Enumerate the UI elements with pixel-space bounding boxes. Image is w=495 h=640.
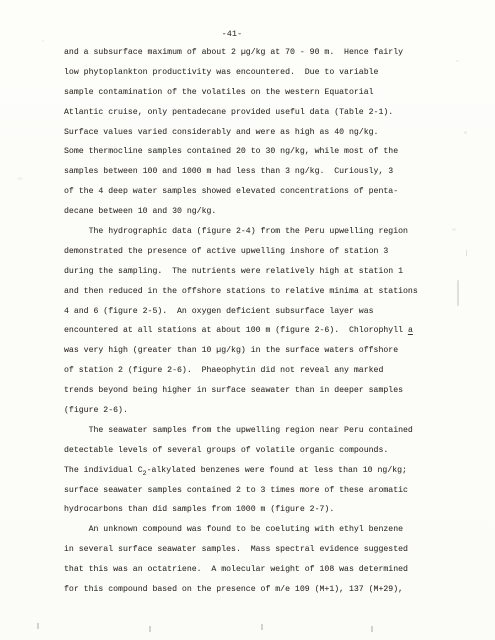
text-line: The individual C2-alkylated benzenes wer… (64, 461, 418, 481)
text-line: for this compound based on the presence … (64, 580, 418, 600)
scan-smudge (464, 131, 467, 134)
text-line: low phytoplankton productivity was encou… (64, 63, 418, 83)
text-line: Some thermocline samples contained 20 to… (64, 142, 418, 162)
text-line: The seawater samples from the upwelling … (64, 421, 418, 441)
text-line: trends beyond being higher in surface se… (64, 381, 418, 401)
scan-smudge (456, 60, 459, 62)
scan-tick-mark (371, 626, 373, 632)
scan-smudge (457, 280, 459, 306)
text-line: was very high (greater than 10 µg/kg) in… (64, 341, 418, 361)
text-line: detectable levels of several groups of v… (64, 441, 418, 461)
text-line: The hydrographic data (figure 2-4) from … (64, 222, 418, 242)
text-line: samples between 100 and 1000 m had less … (64, 162, 418, 182)
text-line: demonstrated the presence of active upwe… (64, 242, 418, 262)
text-line: decane between 10 and 30 ng/kg. (64, 202, 418, 222)
page-number: -41- (0, 30, 464, 39)
text-line: (figure 2-6). (64, 401, 418, 421)
text-line: of station 2 (figure 2-6). Phaeophytin d… (64, 361, 418, 381)
text-line: hydrocarbons than did samples from 1000 … (64, 500, 418, 520)
scan-smudge (466, 250, 467, 256)
text-line: that this was an octatriene. A molecular… (64, 560, 418, 580)
text-line: 4 and 6 (figure 2-5). An oxygen deficien… (64, 302, 418, 322)
body-text: and a subsurface maximum of about 2 µg/k… (64, 43, 418, 600)
text-line: Surface values varied considerably and w… (64, 123, 418, 143)
text-line: An unknown compound was found to be coel… (64, 520, 418, 540)
text-line: surface seawater samples contained 2 to … (64, 481, 418, 501)
scan-tick-mark (261, 624, 263, 630)
text-line: of the 4 deep water samples showed eleva… (64, 182, 418, 202)
text-line: and then reduced in the offshore station… (64, 282, 418, 302)
text-line: encountered at all stations at about 100… (64, 321, 418, 341)
scan-tick-mark (149, 626, 151, 632)
scanned-document-page: -41- and a subsurface maximum of about 2… (0, 0, 495, 640)
scan-smudge (42, 40, 44, 42)
text-line: Atlantic cruise, only pentadecane provid… (64, 103, 418, 123)
text-line: during the sampling. The nutrients were … (64, 262, 418, 282)
text-line: in several surface seawater samples. Mas… (64, 540, 418, 560)
text-line: sample contamination of the volatiles on… (64, 83, 418, 103)
scan-tick-mark (37, 623, 39, 629)
scan-smudge (452, 228, 456, 231)
scan-smudge (17, 177, 23, 180)
text-line: and a subsurface maximum of about 2 µg/k… (64, 43, 418, 63)
